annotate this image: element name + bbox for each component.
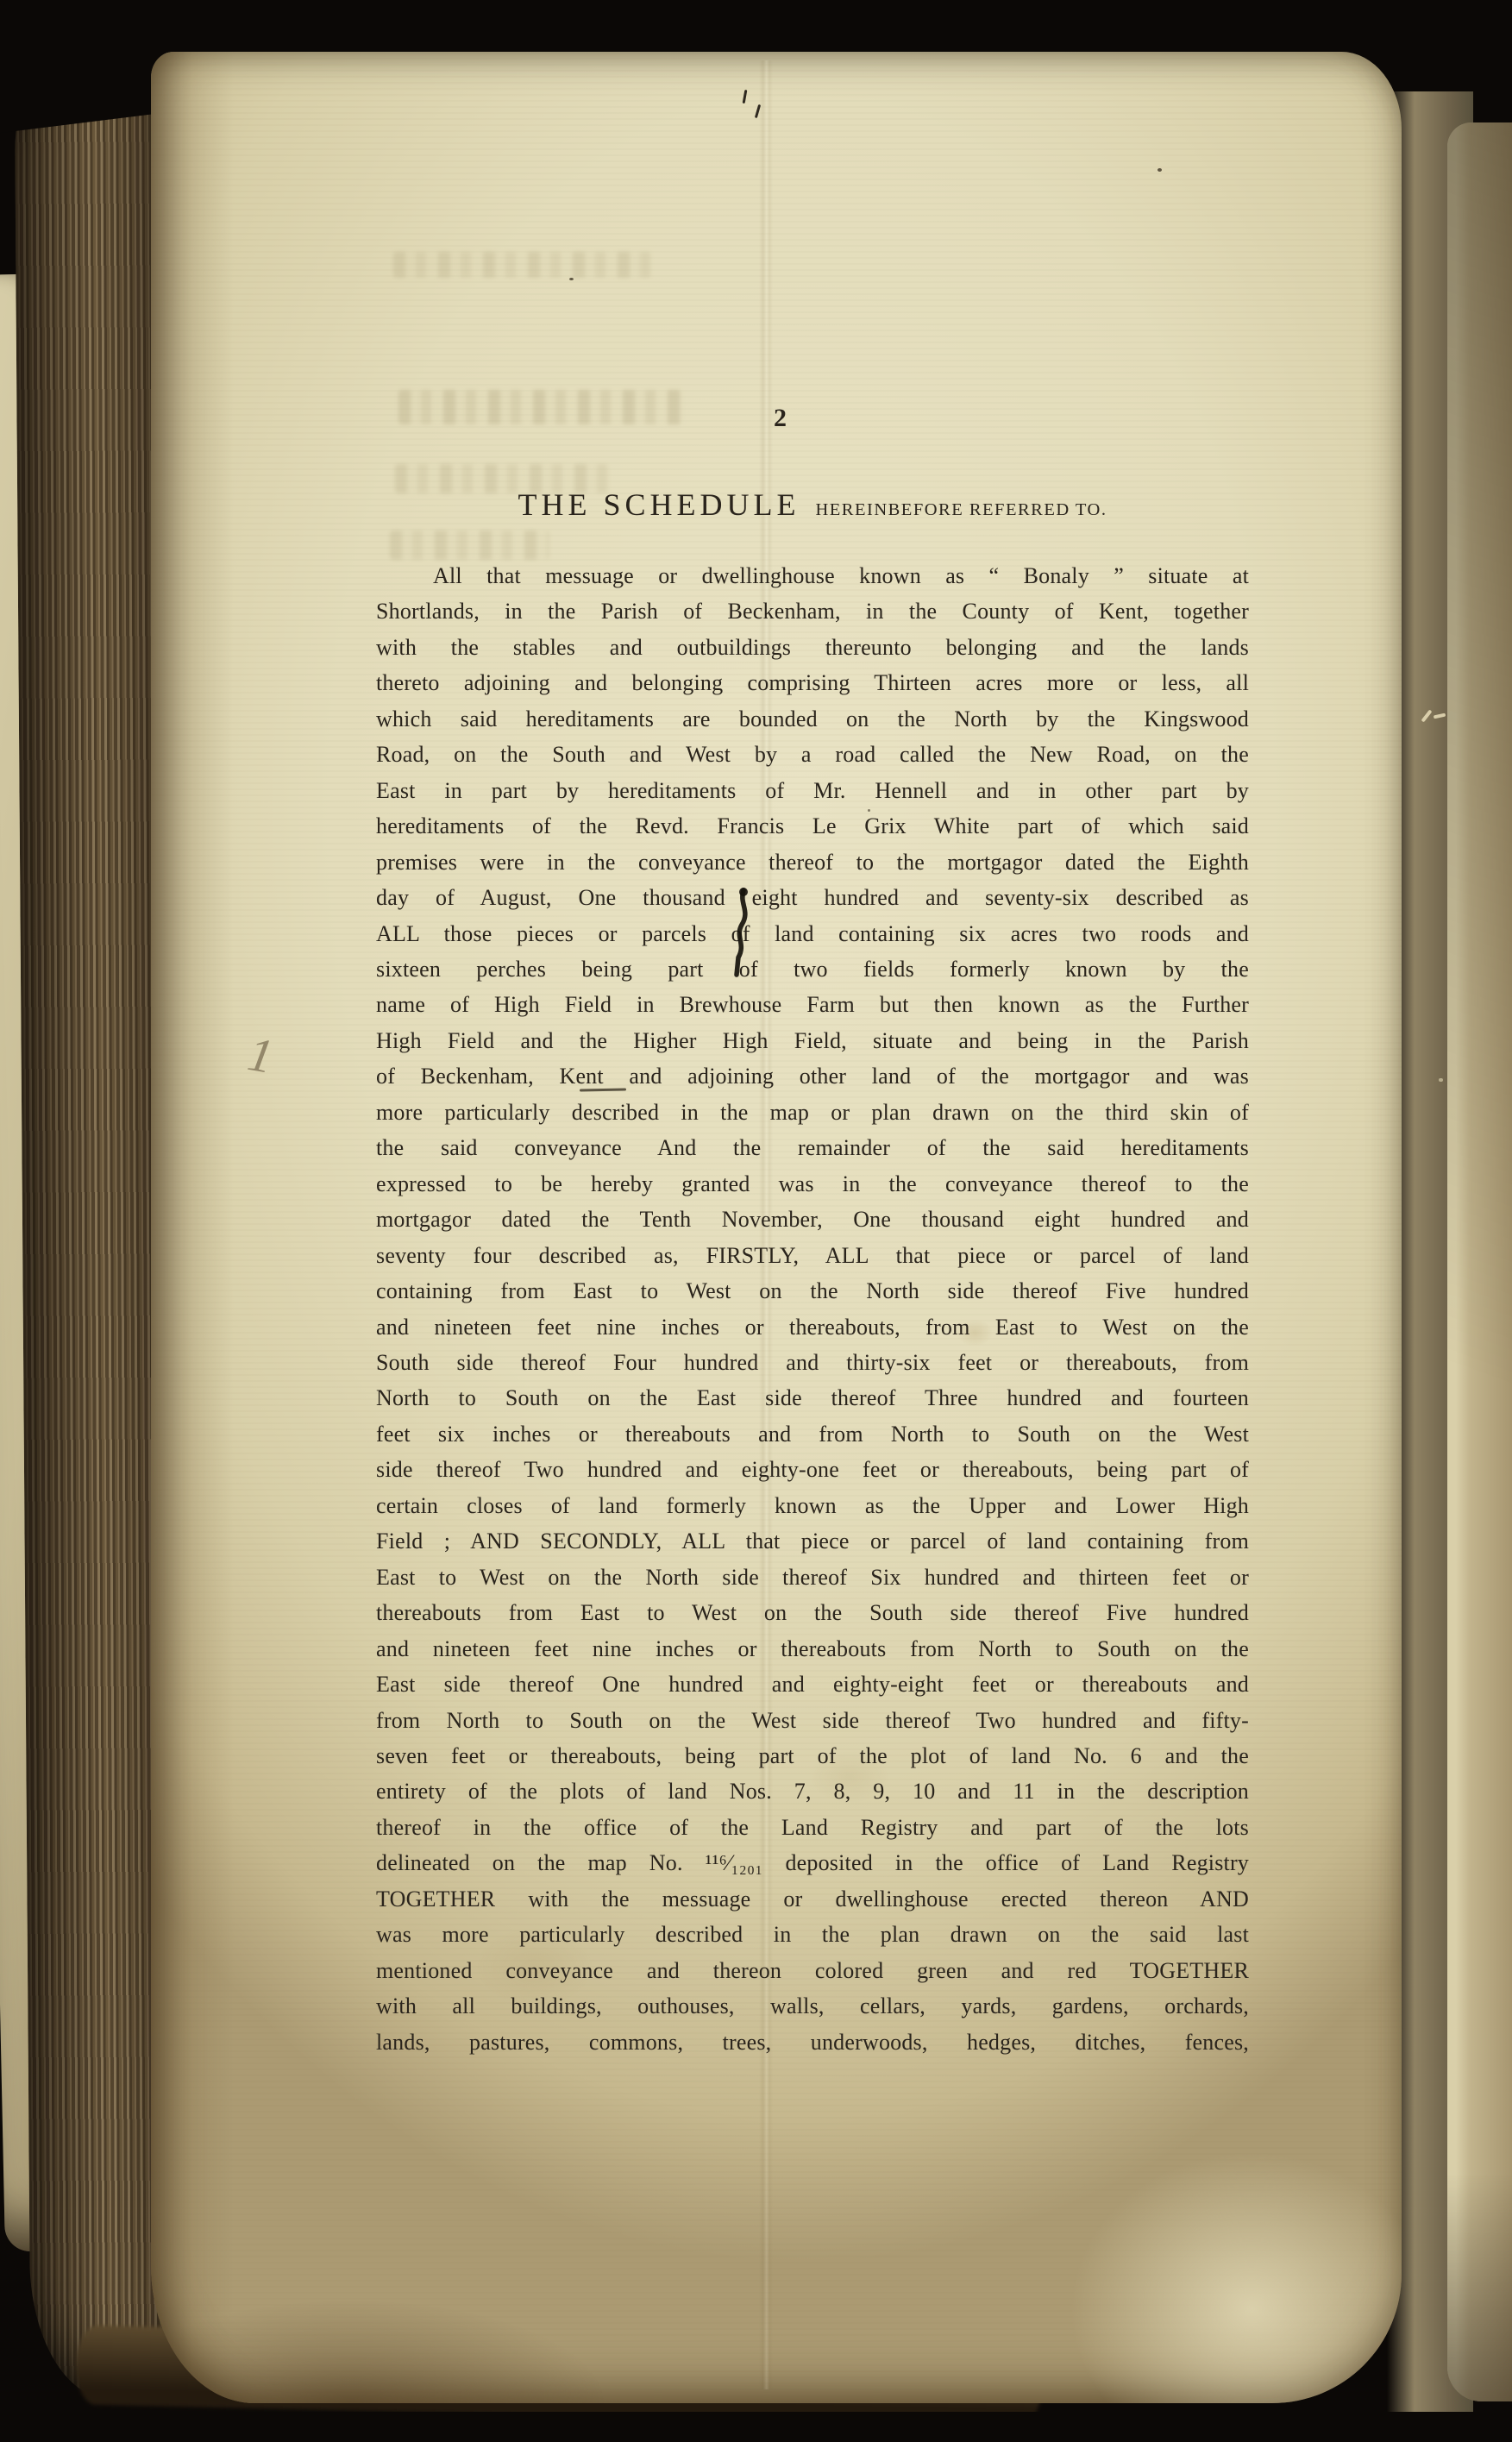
schedule-title-sub: HEREINBEFORE REFERRED TO. [815, 500, 1107, 520]
body-line: lands, pastures, commons, trees, underwo… [376, 2025, 1249, 2060]
body-line: the said conveyance And the remainder of… [376, 1130, 1249, 1165]
body-line: side thereof Two hundred and eighty-one … [376, 1452, 1249, 1487]
show-through-ghost [393, 252, 652, 278]
show-through-ghost [398, 390, 683, 424]
body-line: East in part by hereditaments of Mr. Hen… [376, 773, 1249, 808]
body-line: was more particularly described in the p… [376, 1917, 1249, 1952]
paper-speck [1158, 168, 1162, 172]
body-line: East side thereof One hundred and eighty… [376, 1667, 1249, 1702]
body-line: North to South on the East side thereof … [376, 1380, 1249, 1416]
body-line: East to West on the North side thereof S… [376, 1560, 1249, 1595]
body-line: High Field and the Higher High Field, si… [376, 1023, 1249, 1058]
body-line: entirety of the plots of land Nos. 7, 8,… [376, 1773, 1249, 1809]
body-line: containing from East to West on the Nort… [376, 1273, 1249, 1309]
stitch-thread [1439, 1078, 1443, 1082]
body-line: hereditaments of the Revd. Francis Le Gr… [376, 808, 1249, 844]
body-line: and nineteen feet nine inches or thereab… [376, 1631, 1249, 1667]
schedule-title-main: THE SCHEDULE [518, 487, 800, 523]
body-line: seven feet or thereabouts, being part of… [376, 1738, 1249, 1773]
body-line: thereabouts from East to West on the Sou… [376, 1595, 1249, 1630]
body-line: with all buildings, outhouses, walls, ce… [376, 1988, 1249, 2024]
body-line: and nineteen feet nine inches or thereab… [376, 1309, 1249, 1345]
body-line: Field ; AND SECONDLY, ALL that piece or … [376, 1523, 1249, 1559]
body-line: thereto adjoining and belonging comprisi… [376, 665, 1249, 700]
body-line: sixteen perches being part of two fields… [376, 951, 1249, 987]
body-line: thereof in the office of the Land Regist… [376, 1810, 1249, 1845]
scanned-book-photo: 2 THE SCHEDULE HEREINBEFORE REFERRED TO.… [0, 0, 1512, 2442]
body-line: premises were in the conveyance thereof … [376, 844, 1249, 880]
body-line: from North to South on the West side the… [376, 1703, 1249, 1738]
body-line: TOGETHER with the messuage or dwellingho… [376, 1881, 1249, 1917]
body-line: expressed to be hereby granted was in th… [376, 1166, 1249, 1202]
page-edge-stack [14, 47, 173, 2398]
ink-mark [727, 885, 763, 980]
body-line: ALL those pieces or parcels of land cont… [376, 916, 1249, 951]
paper-speck [868, 809, 870, 812]
body-line: Shortlands, in the Parish of Beckenham, … [376, 593, 1249, 629]
body-line: name of High Field in Brewhouse Farm but… [376, 987, 1249, 1022]
body-line: All that messuage or dwellinghouse known… [376, 558, 1249, 593]
body-line: of Beckenham, Kent and adjoining other l… [376, 1058, 1249, 1094]
body-line: mortgagor dated the Tenth November, One … [376, 1202, 1249, 1237]
adjacent-page [1447, 122, 1512, 2401]
body-line: feet six inches or thereabouts and from … [376, 1416, 1249, 1452]
body-line: delineated on the map No. ¹¹⁶⁄₁₂₀₁ depos… [376, 1845, 1249, 1880]
body-line: South side thereof Four hundred and thir… [376, 1345, 1249, 1380]
body-line: mentioned conveyance and thereon colored… [376, 1953, 1249, 1988]
body-line: more particularly described in the map o… [376, 1095, 1249, 1130]
show-through-ghost [390, 530, 549, 560]
backdrop-bottom [0, 2412, 1512, 2442]
body-line: day of August, One thousand eight hundre… [376, 880, 1249, 915]
schedule-body-paragraph: All that messuage or dwellinghouse known… [376, 558, 1249, 2060]
body-line: Road, on the South and West by a road ca… [376, 737, 1249, 772]
paper-speck [569, 278, 574, 280]
body-line: seventy four described as, FIRSTLY, ALL … [376, 1238, 1249, 1273]
page-number: 2 [729, 404, 832, 433]
body-line: which said hereditaments are bounded on … [376, 701, 1249, 737]
body-line: certain closes of land formerly known as… [376, 1488, 1249, 1523]
schedule-title: THE SCHEDULE HEREINBEFORE REFERRED TO. [376, 487, 1249, 523]
body-line: with the stables and outbuildings thereu… [376, 630, 1249, 665]
